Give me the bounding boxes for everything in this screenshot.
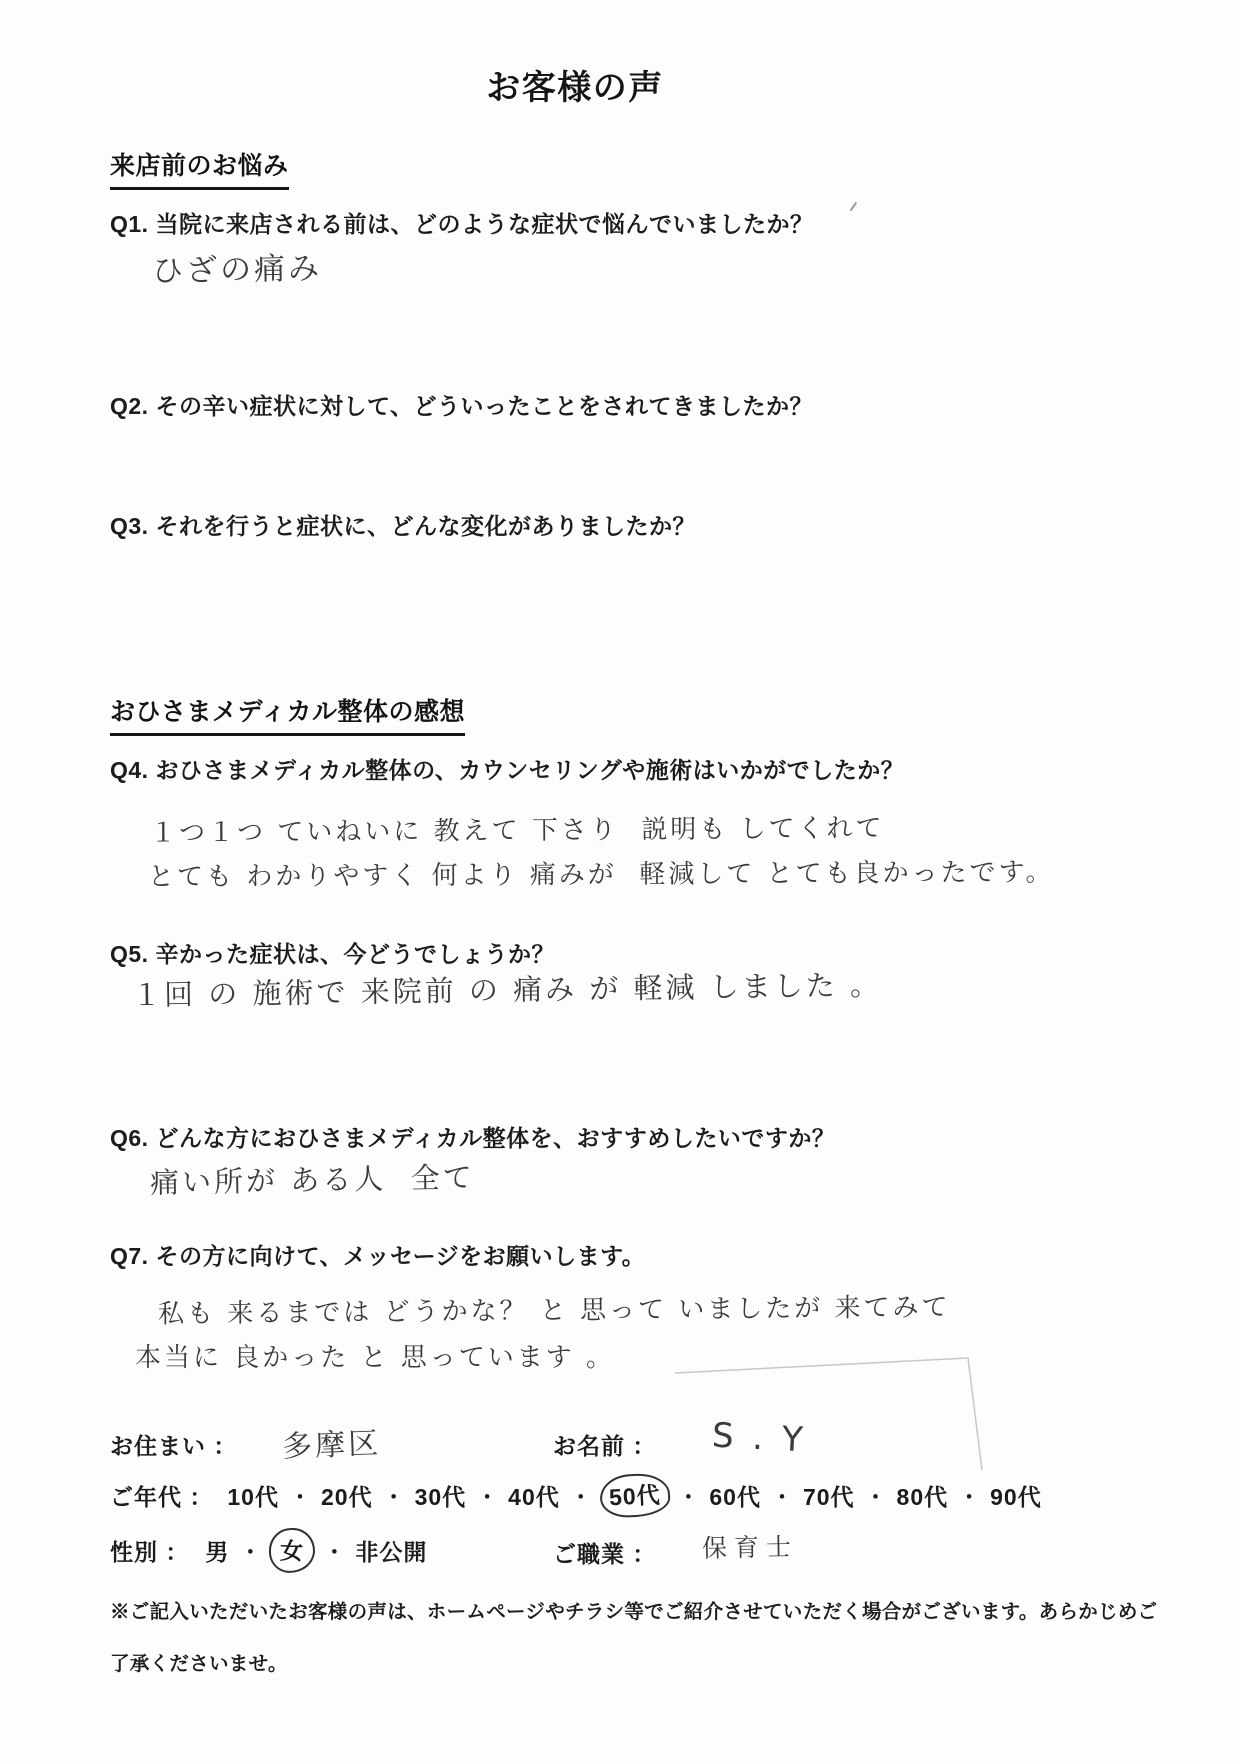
dot-separator: ・ (324, 1536, 344, 1565)
answer-6-handwriting: 痛い所が ある人 全て (150, 1155, 475, 1202)
gender-option-female: 女 (280, 1538, 305, 1565)
occupation-label: ご職業 ： (553, 1536, 656, 1569)
question-1: Q1. 当院に来店される前は、どのような症状で悩んでいましたか？ (110, 206, 813, 239)
dot-separator: ・ (290, 1481, 310, 1510)
question-5: Q5. 辛かった症状は、今どうでしょうか？ (110, 936, 555, 969)
age-label: ご年代 ： (110, 1479, 213, 1512)
age-option-50s-circled: 50代 (599, 1472, 671, 1519)
age-option-80s: 80代 (897, 1479, 949, 1512)
gender-label: 性別 ： (110, 1534, 189, 1567)
question-3: Q3. それを行うと症状に、どんな変化がありましたか？ (110, 508, 696, 541)
footnote-line2: 了承くださいませ。 (110, 1648, 288, 1676)
answer-4-line1-handwriting: １つ１つ ていねいに 教えて 下さり 説明も してくれて (150, 807, 885, 849)
section-heading-before-visit: 来店前のお悩み (110, 146, 289, 190)
age-row: ご年代 ： 10代 ・ 20代 ・ 30代 ・ 40代 ・ 50代 ・ 60代 … (110, 1478, 1042, 1513)
dot-separator: ・ (571, 1481, 591, 1510)
footnote-line1: ※ご記入いただいたお客様の声は、ホームページやチラシ等でご紹介させていただく場合… (110, 1596, 1157, 1624)
gender-option-private: 非公開 (355, 1534, 427, 1567)
age-option-40s: 40代 (508, 1479, 560, 1512)
name-label: お名前 ： (553, 1428, 656, 1461)
gender-option-male: 男 (205, 1534, 229, 1567)
dot-separator: ・ (772, 1481, 792, 1510)
age-option-60s: 60代 (709, 1479, 761, 1512)
scan-artifact-paper-corner (660, 1346, 1000, 1481)
occupation-value-handwriting: 保育士 (702, 1527, 799, 1565)
section-heading-impression: おひさまメディカル整体の感想 (110, 692, 465, 736)
question-2: Q2. その辛い症状に対して、どういったことをされてきましたか？ (110, 388, 813, 421)
answer-4-line2-handwriting: とても わかりやすく 何より 痛みが 軽減して とても良かったです。 (148, 852, 1055, 894)
answer-5-handwriting: １回 の 施術で 来院前 の 痛み が 軽減 しました 。 (132, 963, 882, 1014)
age-option-50s: 50代 (608, 1482, 661, 1511)
answer-7-line2-handwriting: 本当に 良かった と 思っています 。 (135, 1337, 615, 1374)
dot-separator: ・ (384, 1481, 404, 1510)
scan-speck (850, 202, 861, 214)
dot-separator: ・ (240, 1536, 260, 1565)
question-7: Q7. その方に向けて、メッセージをお願いします。 (110, 1238, 645, 1271)
age-option-90s: 90代 (990, 1479, 1042, 1512)
gender-option-female-circled: 女 (269, 1527, 317, 1574)
residence-label: お住まい ： (110, 1428, 237, 1461)
dot-separator: ・ (866, 1481, 886, 1510)
dot-separator: ・ (959, 1481, 979, 1510)
dot-separator: ・ (678, 1481, 698, 1510)
age-option-70s: 70代 (803, 1479, 855, 1512)
age-option-20s: 20代 (321, 1479, 373, 1512)
dot-separator: ・ (477, 1481, 497, 1510)
gender-row: 性別 ： 男 ・ 女 ・ 非公開 (110, 1532, 427, 1569)
age-option-30s: 30代 (415, 1479, 467, 1512)
answer-1-handwriting: ひざの痛み (152, 243, 323, 291)
age-option-10s: 10代 (227, 1479, 279, 1512)
name-value-handwriting: S . Y (711, 1416, 808, 1461)
question-6: Q6. どんな方におひさまメディカル整体を、おすすめしたいですか？ (110, 1120, 835, 1153)
residence-value-handwriting: 多摩区 (281, 1418, 381, 1465)
scanned-customer-voice-form: お客様の声 来店前のお悩み Q1. 当院に来店される前は、どのような症状で悩んで… (0, 0, 1240, 1761)
question-4: Q4. おひさまメディカル整体の、カウンセリングや施術はいかがでしたか？ (110, 752, 904, 785)
answer-7-line1-handwriting: 私も 来るまでは どうかな？ と 思って いましたが 来てみて (158, 1287, 951, 1331)
page-title: お客様の声 (0, 60, 1150, 109)
